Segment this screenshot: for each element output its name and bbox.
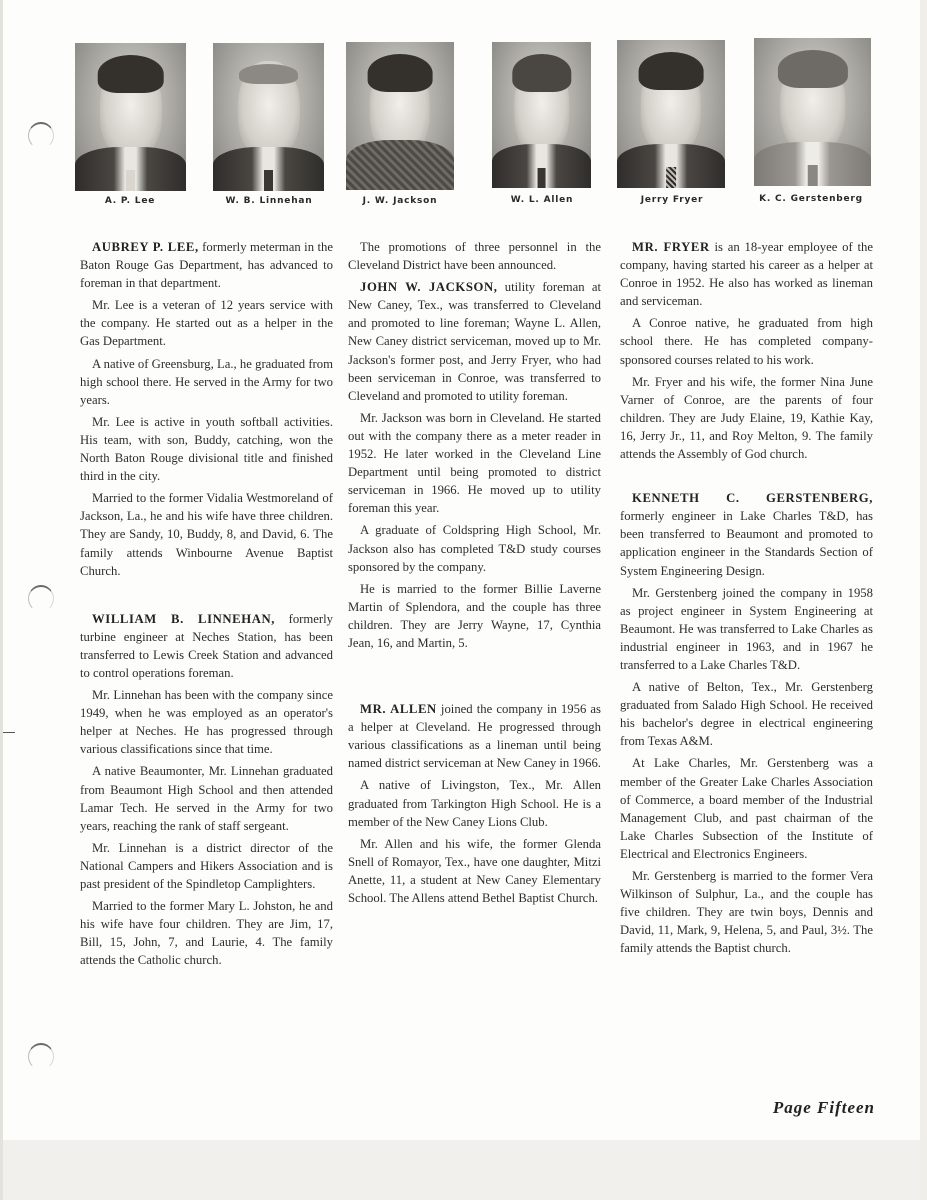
article-column-1: AUBREY P. LEE, formerly meterman in the … — [80, 238, 333, 973]
page-right-edge — [920, 0, 927, 1200]
paragraph: A native of Greensburg, La., he graduate… — [80, 355, 333, 409]
article-column-2: The promotions of three personnel in the… — [348, 238, 601, 911]
bio-jackson: JOHN W. JACKSON, utility foreman at New … — [348, 278, 601, 652]
paragraph: Mr. Fryer and his wife, the former Nina … — [620, 373, 873, 463]
paragraph: Mr. Jackson was born in Cleveland. He st… — [348, 409, 601, 518]
intro-paragraph: The promotions of three personnel in the… — [348, 238, 601, 274]
portrait-photo-lee — [75, 43, 186, 191]
paragraph: WILLIAM B. LINNEHAN, formerly turbine en… — [80, 610, 333, 682]
bio-gerstenberg: KENNETH C. GERSTENBERG, formerly enginee… — [620, 489, 873, 957]
binder-hole-icon — [28, 1043, 54, 1070]
paragraph: Married to the former Vidalia Westmorela… — [80, 489, 333, 579]
paragraph: MR. ALLEN joined the company in 1956 as … — [348, 700, 601, 772]
paragraph: Mr. Gerstenberg joined the company in 19… — [620, 584, 873, 674]
bio-allen: MR. ALLEN joined the company in 1956 as … — [348, 700, 601, 907]
bio-fryer: MR. FRYER is an 18-year employee of the … — [620, 238, 873, 463]
page-number: Page Fifteen — [773, 1098, 875, 1118]
paragraph: Mr. Lee is active in youth softball acti… — [80, 413, 333, 485]
photo-caption: J. W. Jackson — [335, 196, 465, 206]
paragraph: Mr. Linnehan is a district director of t… — [80, 839, 333, 893]
photo-caption: Jerry Fryer — [607, 195, 737, 205]
paragraph: A graduate of Coldspring High School, Mr… — [348, 521, 601, 575]
paragraph: A Conroe native, he graduated from high … — [620, 314, 873, 368]
portrait-photo-gerstenberg — [754, 38, 871, 186]
paragraph: Married to the former Mary L. Johston, h… — [80, 897, 333, 969]
margin-mark — [3, 732, 15, 733]
photo-caption: W. L. Allen — [477, 195, 607, 205]
bio-linnehan: WILLIAM B. LINNEHAN, formerly turbine en… — [80, 610, 333, 970]
paragraph: At Lake Charles, Mr. Gerstenberg was a m… — [620, 754, 873, 863]
photo-caption: W. B. Linnehan — [204, 196, 334, 206]
paragraph: KENNETH C. GERSTENBERG, formerly enginee… — [620, 489, 873, 579]
photo-caption: K. C. Gerstenberg — [746, 194, 876, 204]
bio-name-heading: MR. FRYER — [632, 240, 710, 254]
paragraph: MR. FRYER is an 18-year employee of the … — [620, 238, 873, 310]
bio-lee: AUBREY P. LEE, formerly meterman in the … — [80, 238, 333, 580]
bio-name-heading: WILLIAM B. LINNEHAN, — [92, 612, 275, 626]
bio-name-heading: AUBREY P. LEE, — [92, 240, 199, 254]
portrait-row: A. P. Lee W. B. Linnehan J. W. Jackson W… — [0, 0, 920, 215]
article-column-3: MR. FRYER is an 18-year employee of the … — [620, 238, 873, 961]
photo-caption: A. P. Lee — [65, 196, 195, 206]
paragraph: Mr. Gerstenberg is married to the former… — [620, 867, 873, 957]
paragraph: He is married to the former Billie Laver… — [348, 580, 601, 652]
paragraph: AUBREY P. LEE, formerly meterman in the … — [80, 238, 333, 292]
bio-name-heading: KENNETH C. GERSTENBERG, — [632, 491, 873, 505]
bio-name-heading: JOHN W. JACKSON, — [360, 280, 498, 294]
paragraph: Mr. Lee is a veteran of 12 years service… — [80, 296, 333, 350]
bio-name-heading: MR. ALLEN — [360, 702, 437, 716]
paragraph: A native Beaumonter, Mr. Linnehan gradua… — [80, 762, 333, 834]
portrait-photo-allen — [492, 42, 591, 188]
paragraph: A native of Livingston, Tex., Mr. Allen … — [348, 776, 601, 830]
paragraph: Mr. Linnehan has been with the company s… — [80, 686, 333, 758]
portrait-photo-fryer — [617, 40, 725, 188]
paragraph: Mr. Allen and his wife, the former Glend… — [348, 835, 601, 907]
portrait-photo-linnehan — [213, 43, 324, 191]
binder-hole-icon — [28, 585, 54, 612]
page-bottom-margin — [0, 1140, 927, 1200]
paragraph: JOHN W. JACKSON, utility foreman at New … — [348, 278, 601, 405]
paragraph: A native of Belton, Tex., Mr. Gerstenber… — [620, 678, 873, 750]
portrait-photo-jackson — [346, 42, 454, 190]
